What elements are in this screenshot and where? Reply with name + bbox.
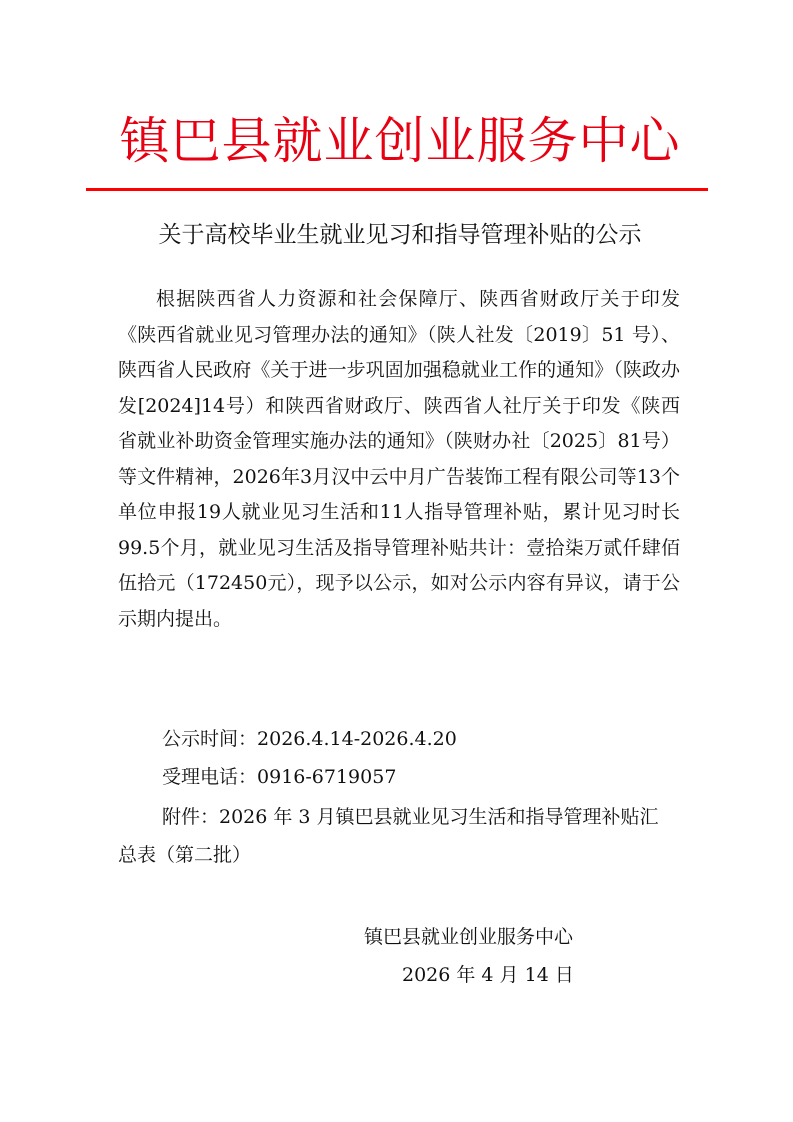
document-title: 关于高校毕业生就业见习和指导管理补贴的公示 xyxy=(110,218,690,252)
publicity-period-value: 2026.4.14-2026.4.20 xyxy=(257,728,457,750)
attachment-line-2: 总表（第二批） xyxy=(118,838,680,874)
body-paragraph: 根据陕西省人力资源和社会保障厅、陕西省财政厅关于印发《陕西省就业见习管理办法的通… xyxy=(118,282,680,637)
phone-line: 受理电话：0916-6719057 xyxy=(118,760,724,796)
phone-value: 0916-6719057 xyxy=(257,766,396,788)
publicity-period-label: 公示时间： xyxy=(162,728,257,750)
publicity-period-line: 公示时间：2026.4.14-2026.4.20 xyxy=(118,722,724,758)
red-divider xyxy=(86,188,708,191)
signature-date: 2026 年 4 月 14 日 xyxy=(402,958,574,993)
signature-organization: 镇巴县就业创业服务中心 xyxy=(364,920,573,955)
masthead-organization: 镇巴县就业创业服务中心 xyxy=(100,108,700,174)
attachment-line-1: 附件：2026 年 3 月镇巴县就业见习生活和指导管理补贴汇 xyxy=(118,800,724,836)
phone-label: 受理电话： xyxy=(162,766,257,788)
